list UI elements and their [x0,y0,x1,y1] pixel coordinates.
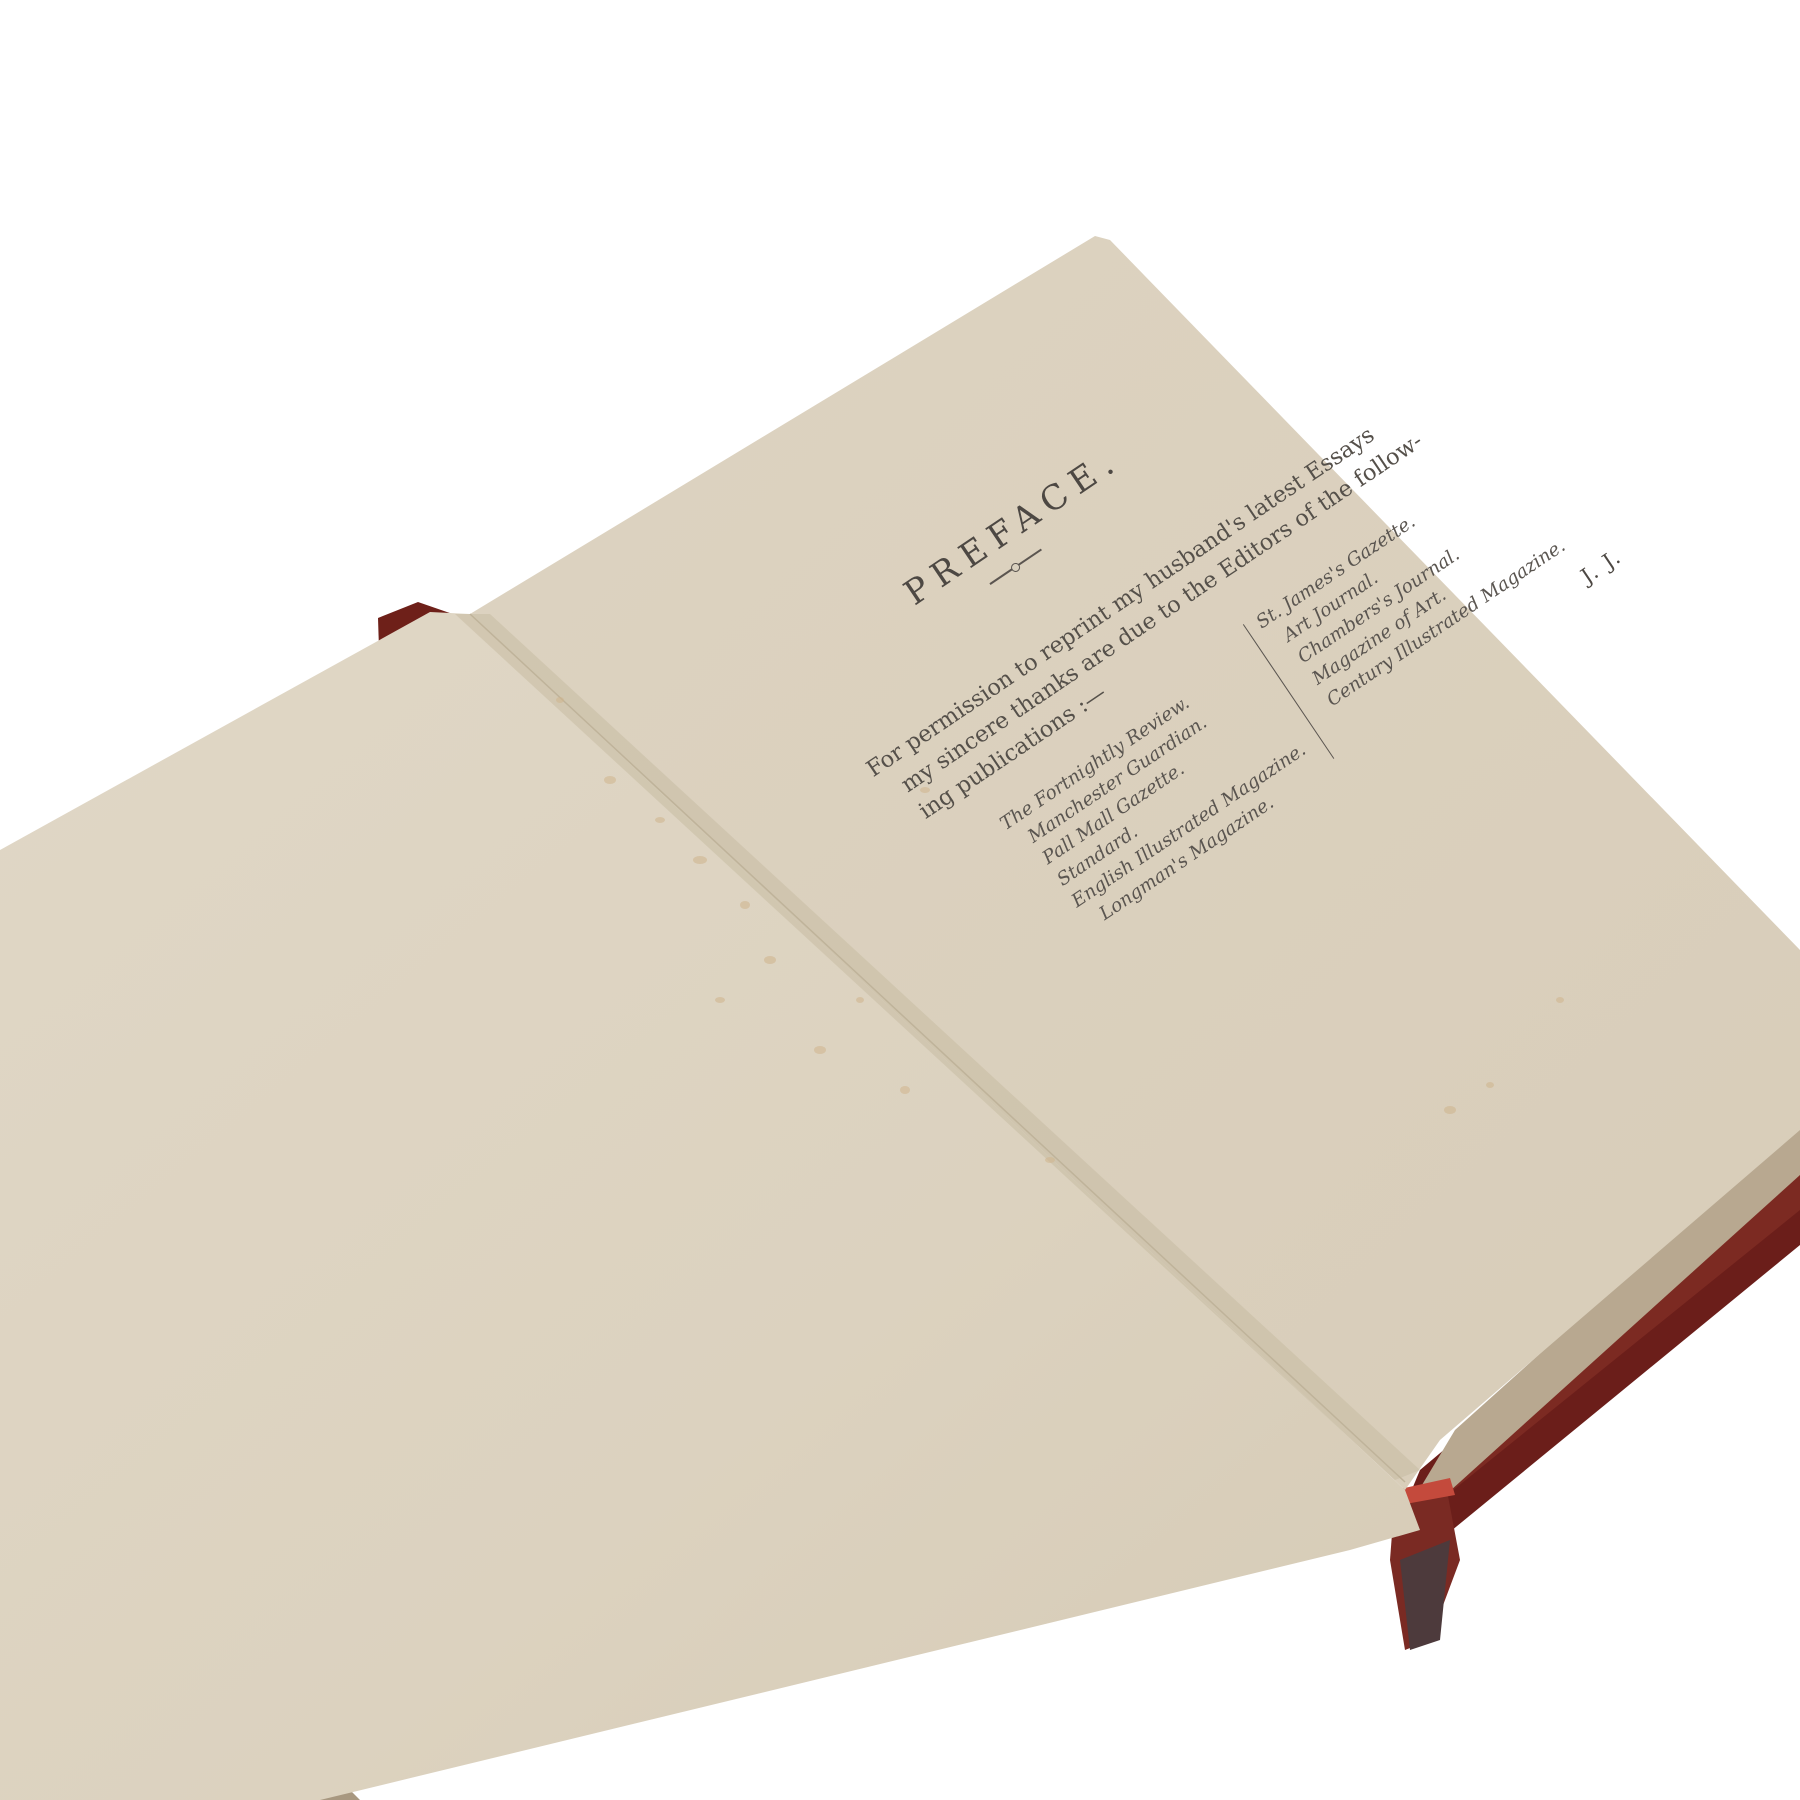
book-photo-scene: PREFACE. For permission to reprint my hu… [0,0,1800,1800]
open-book-illustration [0,0,1800,1800]
